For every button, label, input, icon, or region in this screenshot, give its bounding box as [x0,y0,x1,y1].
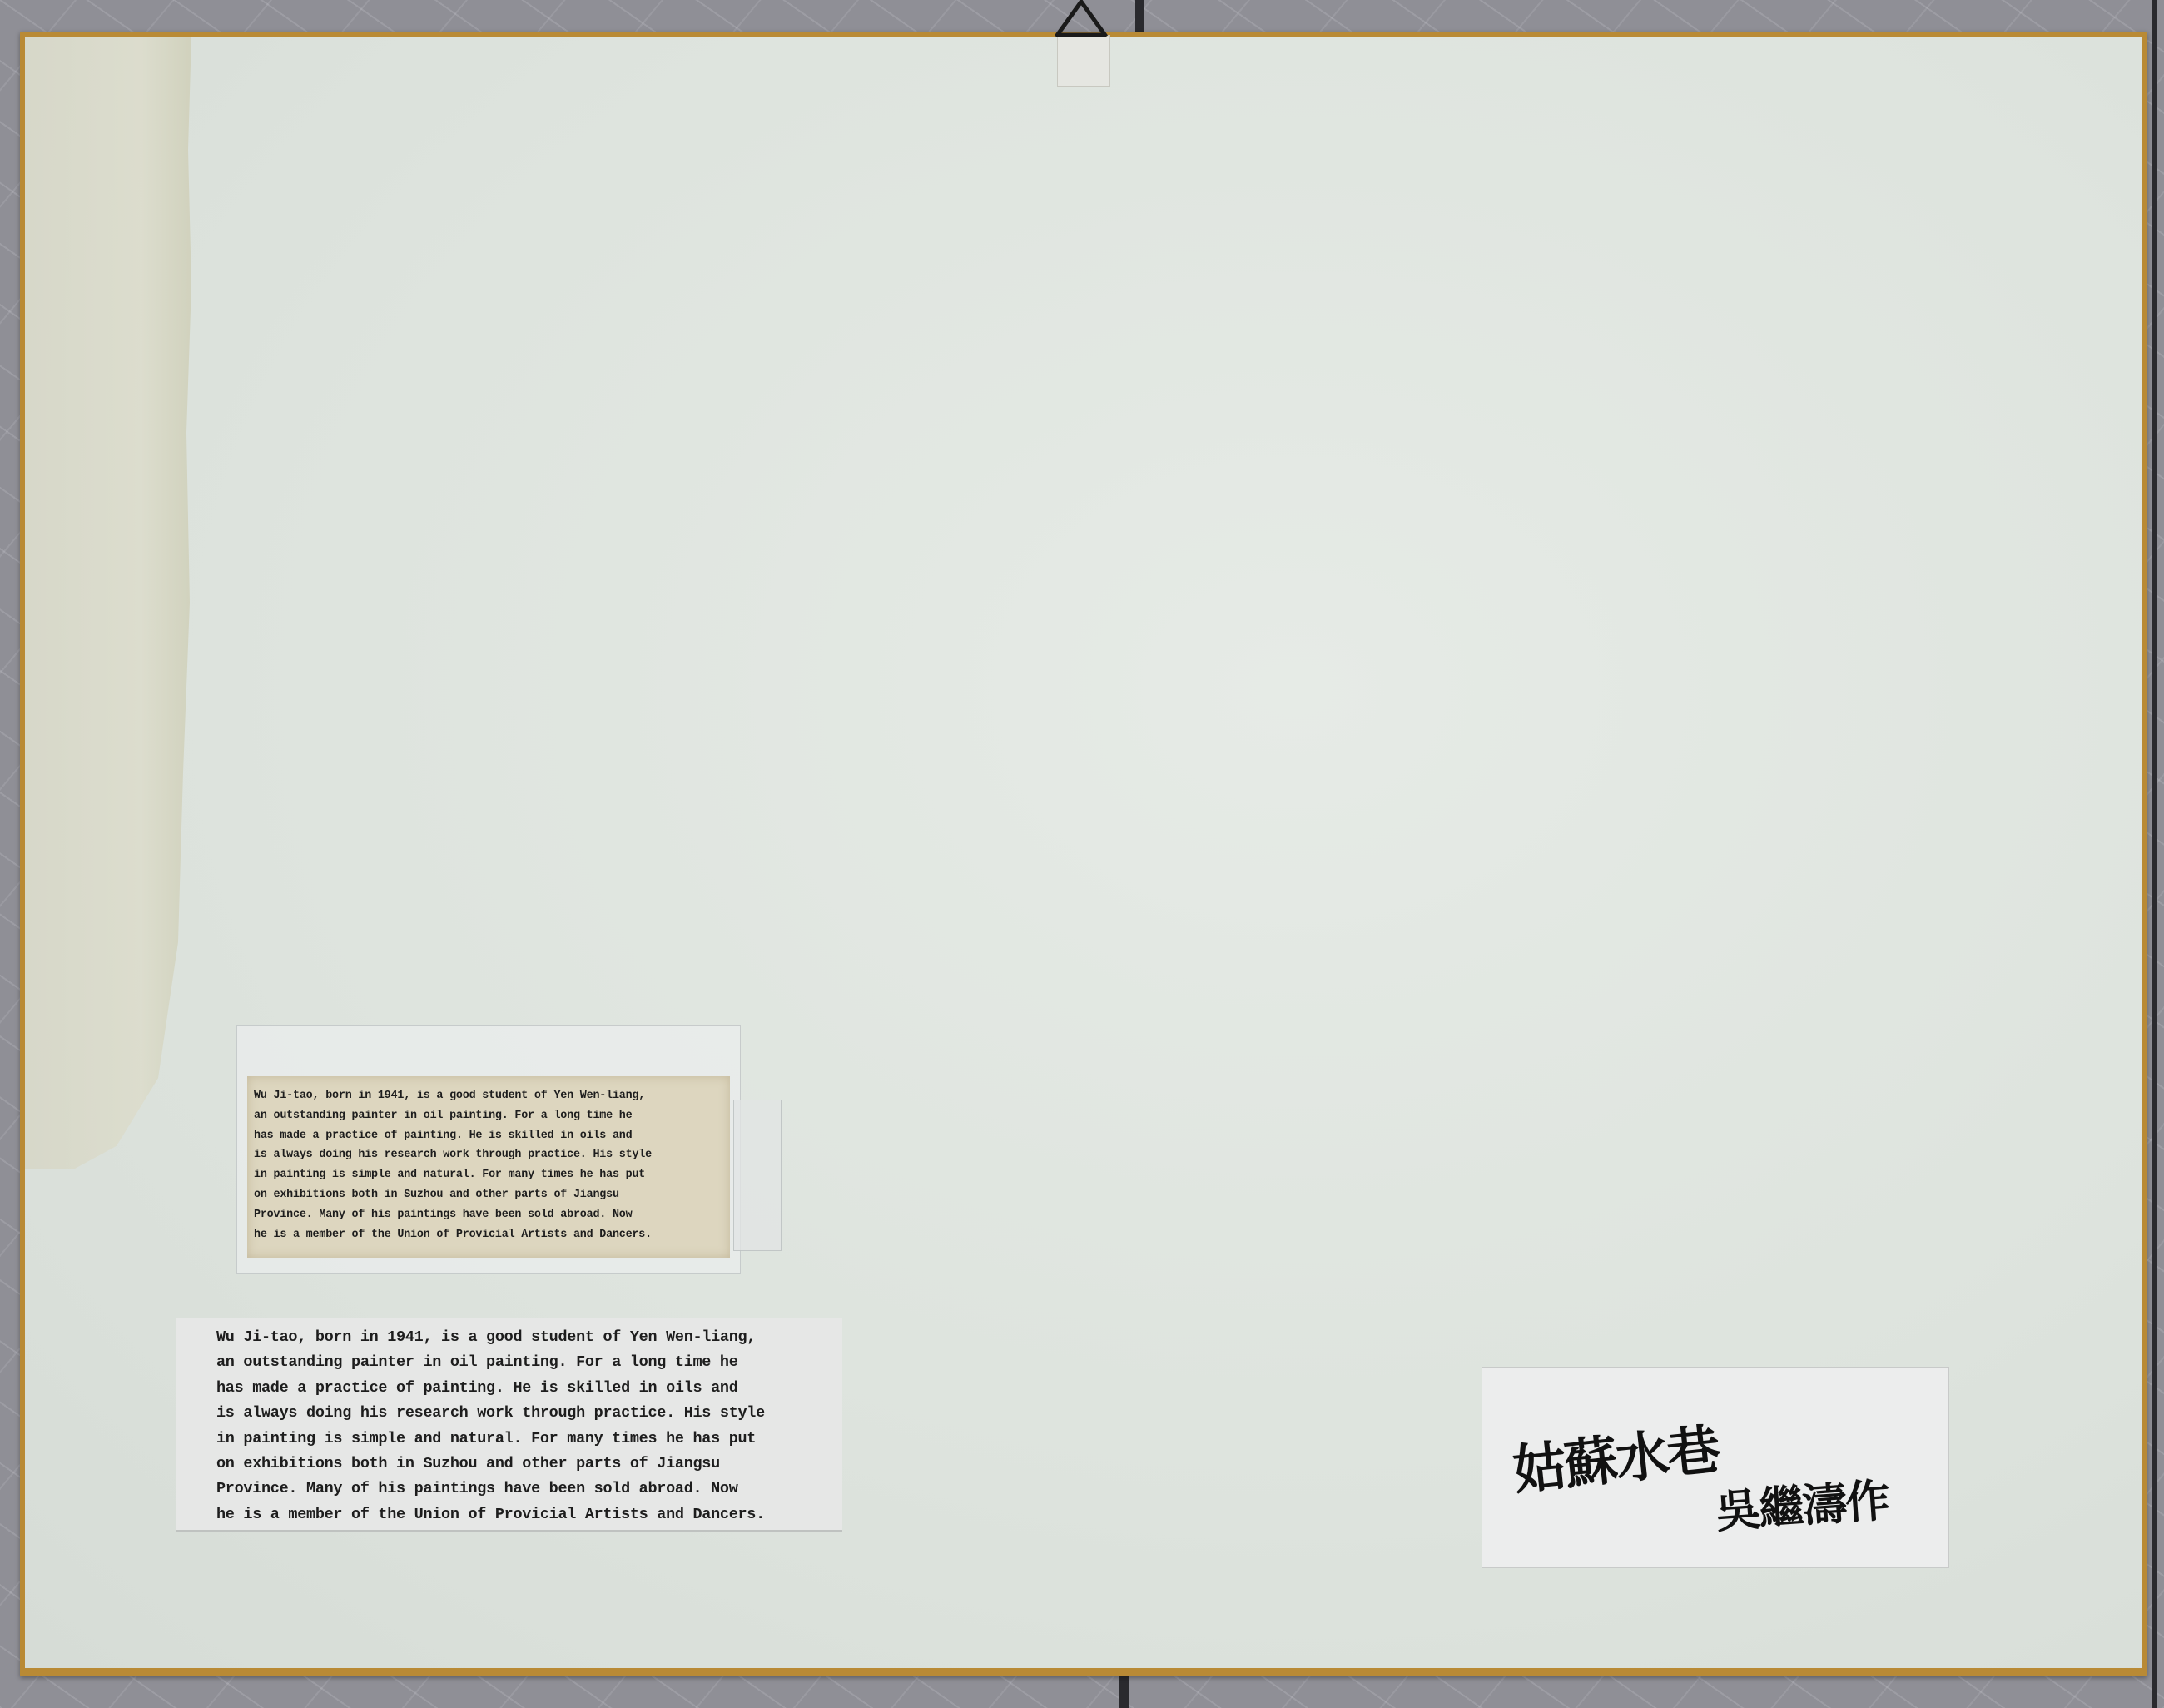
artist-signature: 吳繼濤作 [1714,1465,1891,1541]
biography-text: Wu Ji-tao, born in 1941, is a good stude… [216,1325,765,1527]
water-stain [25,37,191,1169]
taped-biography-label: Wu Ji-tao, born in 1941, is a good stude… [236,1025,741,1274]
wall-tile-grout [2152,0,2157,1708]
aged-paper: Wu Ji-tao, born in 1941, is a good stude… [247,1076,730,1258]
wall-tile-grout [1135,0,1144,32]
calligraphy-title-label: 姑蘇水巷 吳繼濤作 [1482,1367,1949,1568]
backing-board: Wu Ji-tao, born in 1941, is a good stude… [25,37,2142,1668]
wall-tile-grout [1119,1676,1129,1708]
hanger-tape [1057,35,1110,87]
tape-strip [733,1100,782,1251]
taped-label-text: Wu Ji-tao, born in 1941, is a good stude… [254,1086,652,1244]
biography-label: Wu Ji-tao, born in 1941, is a good stude… [176,1318,842,1532]
picture-frame: Wu Ji-tao, born in 1941, is a good stude… [20,32,2147,1676]
wire-hanger-icon [1051,0,1111,37]
painting-title: 姑蘇水巷 [1509,1407,1722,1504]
